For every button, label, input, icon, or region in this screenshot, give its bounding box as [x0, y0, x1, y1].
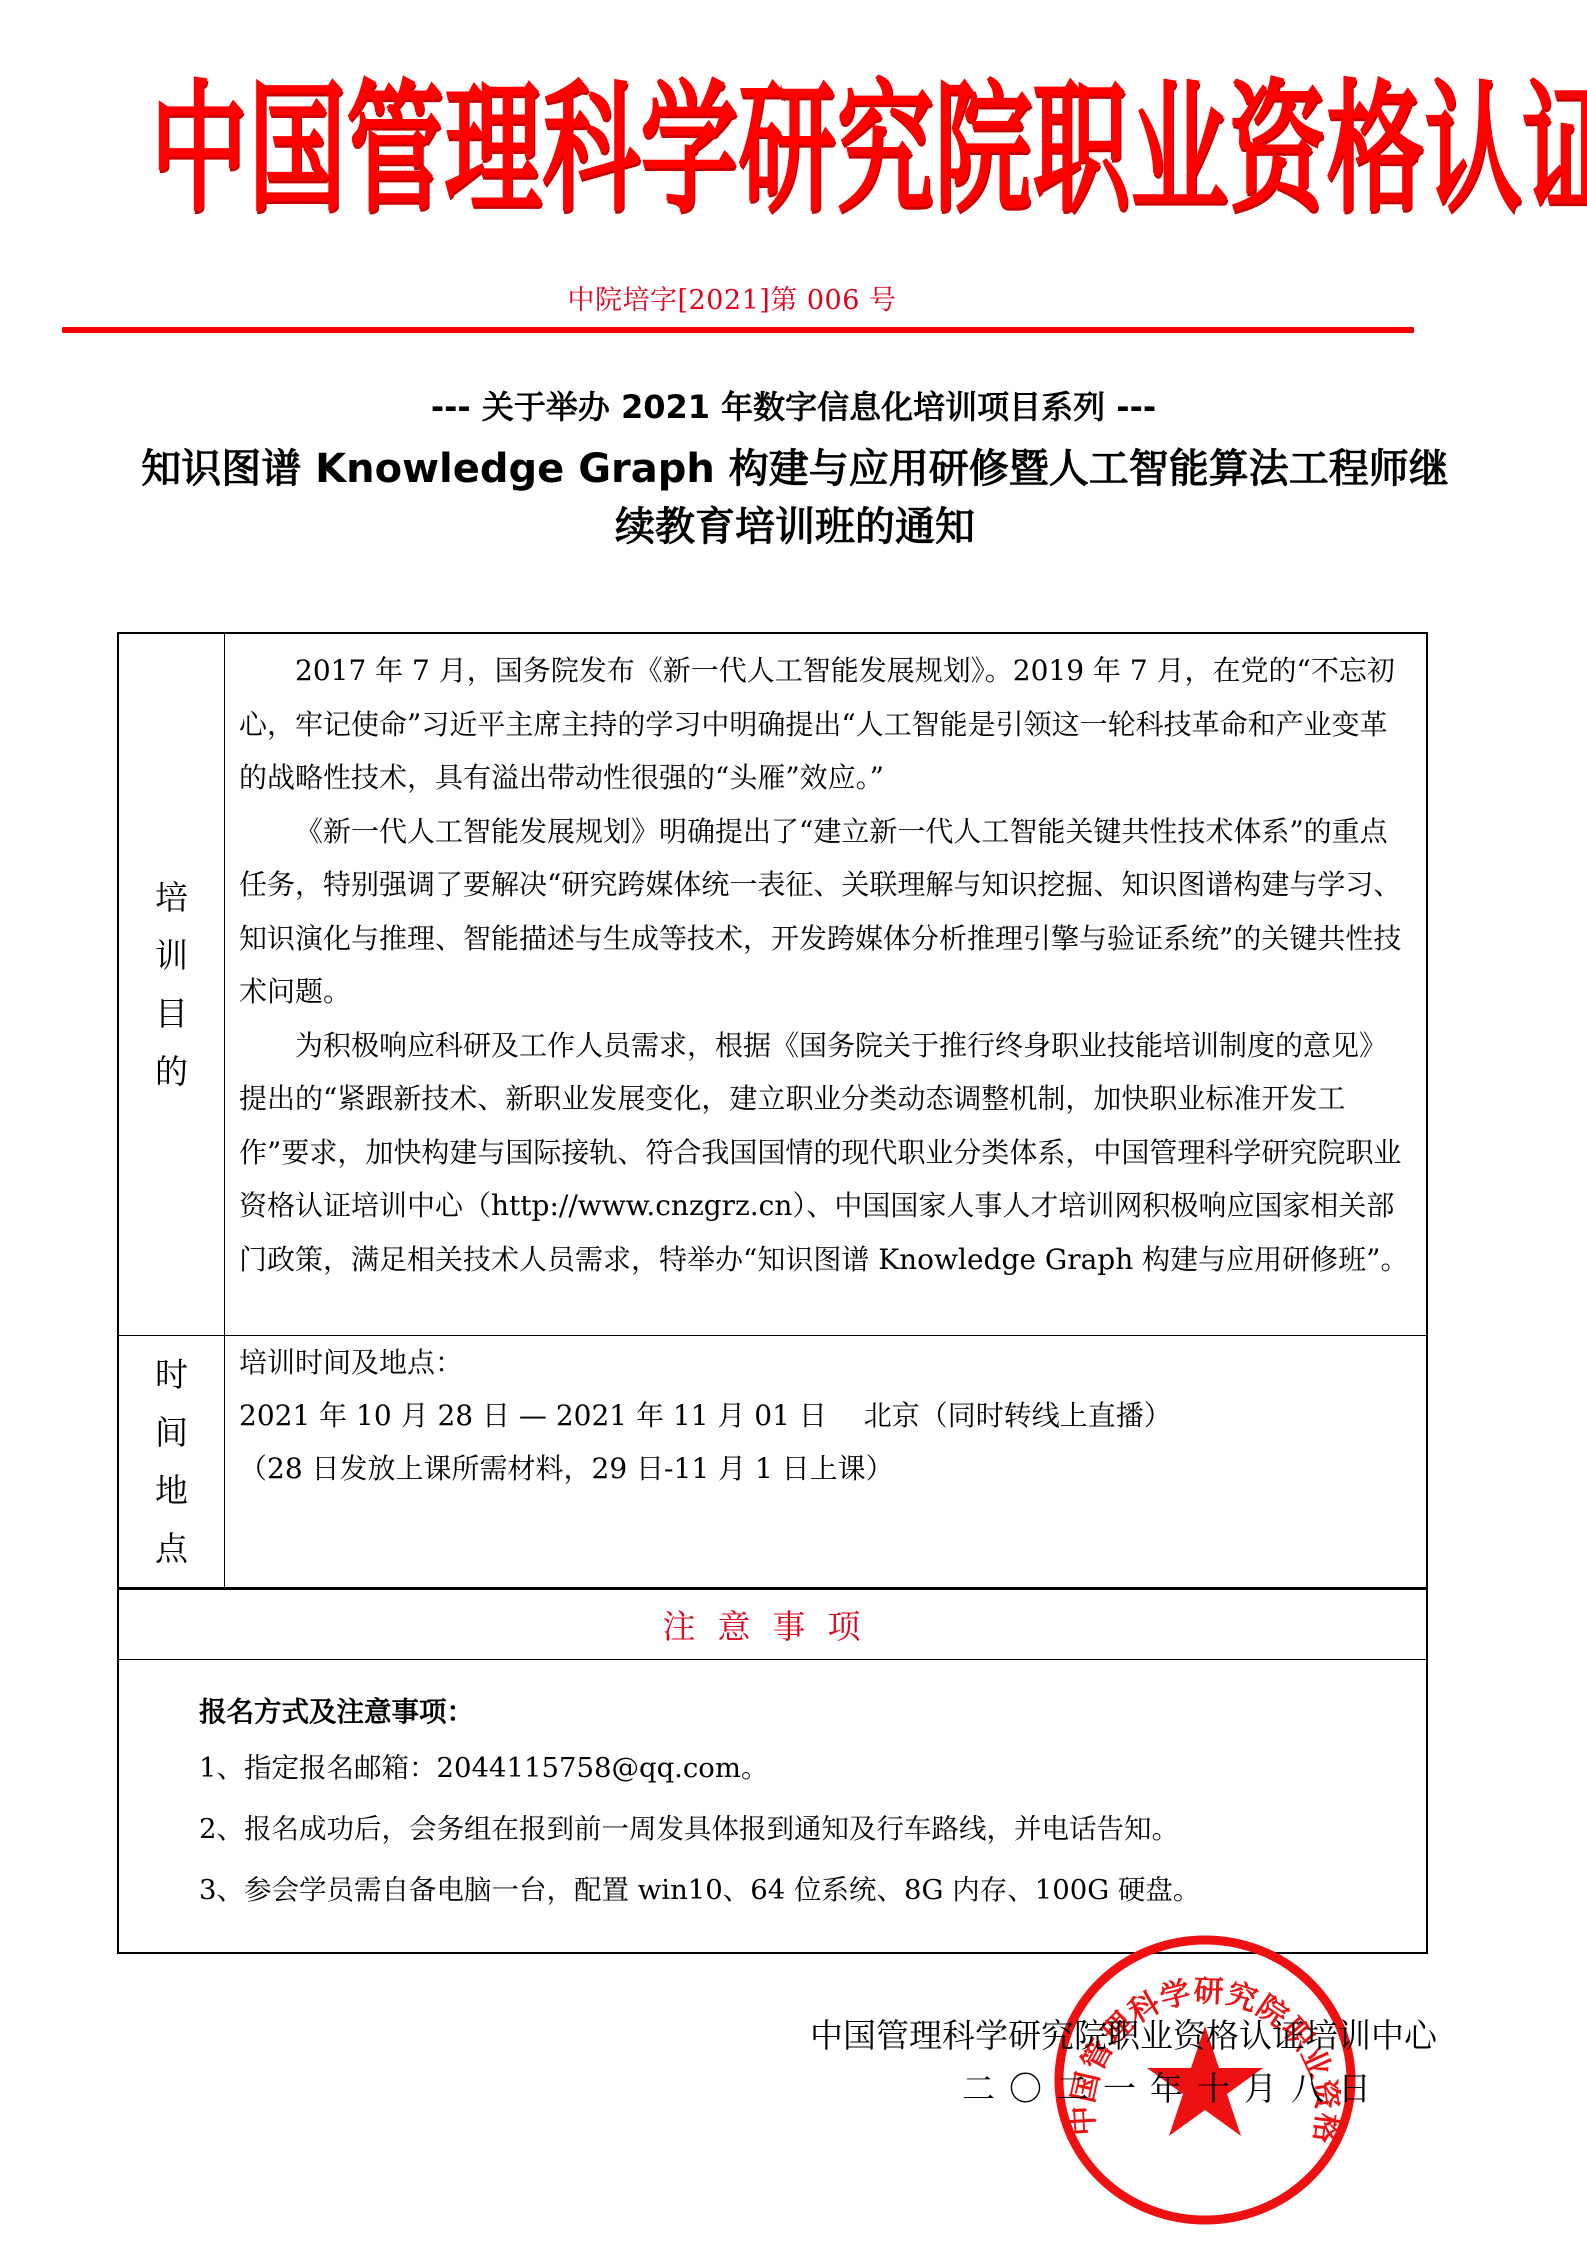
masthead-char: 资: [1228, 79, 1326, 221]
time-place-content: 培训时间及地点： 2021 年 10 月 28 日 — 2021 年 11 月 …: [225, 1336, 1426, 1587]
masthead-char: 管: [346, 79, 444, 221]
label-char: 培: [155, 869, 188, 927]
label-time-place: 时 间 地 点: [119, 1336, 225, 1587]
row-time-place: 时 间 地 点 培训时间及地点： 2021 年 10 月 28 日 — 2021…: [119, 1336, 1426, 1590]
masthead-char: 国: [248, 79, 346, 221]
label-char: 目: [155, 985, 188, 1043]
page-title: 知识图谱 Knowledge Graph 构建与应用研修暨人工智能算法工程师继 …: [60, 440, 1530, 556]
masthead-char: 职: [1032, 79, 1130, 221]
label-char: 点: [155, 1520, 188, 1578]
title-line-2: 续教育培训班的通知: [60, 498, 1530, 556]
red-divider: [62, 327, 1414, 333]
label-char: 时: [155, 1346, 188, 1404]
masthead-char: 研: [738, 79, 836, 221]
title-line-1: 知识图谱 Knowledge Graph 构建与应用研修暨人工智能算法工程师继: [60, 440, 1530, 498]
masthead-char: 理: [444, 79, 542, 221]
notice-title: 注意事项: [663, 1601, 883, 1648]
notice-item: 3、参会学员需自备电脑一台，配置 win10、64 位系统、8G 内存、100G…: [199, 1860, 1426, 1921]
training-dates: 2021 年 10 月 28 日 — 2021 年 11 月 01 日 北京（同…: [239, 1389, 1412, 1442]
masthead-char: 院: [934, 79, 1032, 221]
time-place-heading: 培训时间及地点：: [239, 1336, 1412, 1389]
signing-date: 二〇二一年十月八日: [962, 2063, 1385, 2110]
masthead-char: 格: [1326, 79, 1424, 221]
notice-table: 培 训 目 的 2017 年 7 月，国务院发布《新一代人工智能发展规划》。20…: [117, 632, 1428, 1954]
masthead-char: 中: [150, 79, 248, 221]
document-number: 中院培字[2021]第 006 号: [0, 278, 1464, 317]
label-training-purpose: 培 训 目 的: [119, 634, 225, 1335]
signing-organization: 中国管理科学研究院职业资格认证培训中心: [810, 2010, 1437, 2057]
label-char: 地: [155, 1462, 188, 1520]
notice-item: 2、报名成功后，会务组在报到前一周发具体报到通知及行车路线，并电话告知。: [199, 1799, 1426, 1860]
purpose-paragraph: 2017 年 7 月，国务院发布《新一代人工智能发展规划》。2019 年 7 月…: [239, 644, 1412, 805]
masthead-char: 科: [542, 79, 640, 221]
label-char: 训: [155, 927, 188, 985]
row-notice-body: 报名方式及注意事项： 1、指定报名邮箱：2044115758@qq.com。 2…: [119, 1660, 1426, 1952]
label-char: 的: [155, 1043, 188, 1101]
training-purpose-content: 2017 年 7 月，国务院发布《新一代人工智能发展规划》。2019 年 7 月…: [225, 634, 1426, 1335]
masthead-char: 认: [1424, 79, 1522, 221]
notice-item: 1、指定报名邮箱：2044115758@qq.com。: [199, 1738, 1426, 1799]
row-training-purpose: 培 训 目 的 2017 年 7 月，国务院发布《新一代人工智能发展规划》。20…: [119, 634, 1426, 1336]
masthead-char: 证: [1522, 79, 1587, 221]
label-char: 间: [155, 1404, 188, 1462]
purpose-paragraph: 《新一代人工智能发展规划》明确提出了“建立新一代人工智能关键共性技术体系”的重点…: [239, 805, 1412, 1019]
purpose-paragraph: 为积极响应科研及工作人员需求，根据《国务院关于推行终身职业技能培训制度的意见》提…: [239, 1019, 1412, 1287]
masthead-char: 究: [836, 79, 934, 221]
row-notice-title: 注意事项: [119, 1590, 1426, 1660]
masthead-char: 学: [640, 79, 738, 221]
series-title: --- 关于举办 2021 年数字信息化培训项目系列 ---: [0, 382, 1587, 428]
training-date-note: （28 日发放上课所需材料，29 日-11 月 1 日上课）: [239, 1442, 1412, 1495]
masthead-title: 中 国 管 理 科 学 研 究 院 职 业 资 格 认 证 培 训 中 心: [150, 60, 1390, 240]
registration-heading: 报名方式及注意事项：: [199, 1688, 1426, 1736]
masthead-char: 业: [1130, 79, 1228, 221]
